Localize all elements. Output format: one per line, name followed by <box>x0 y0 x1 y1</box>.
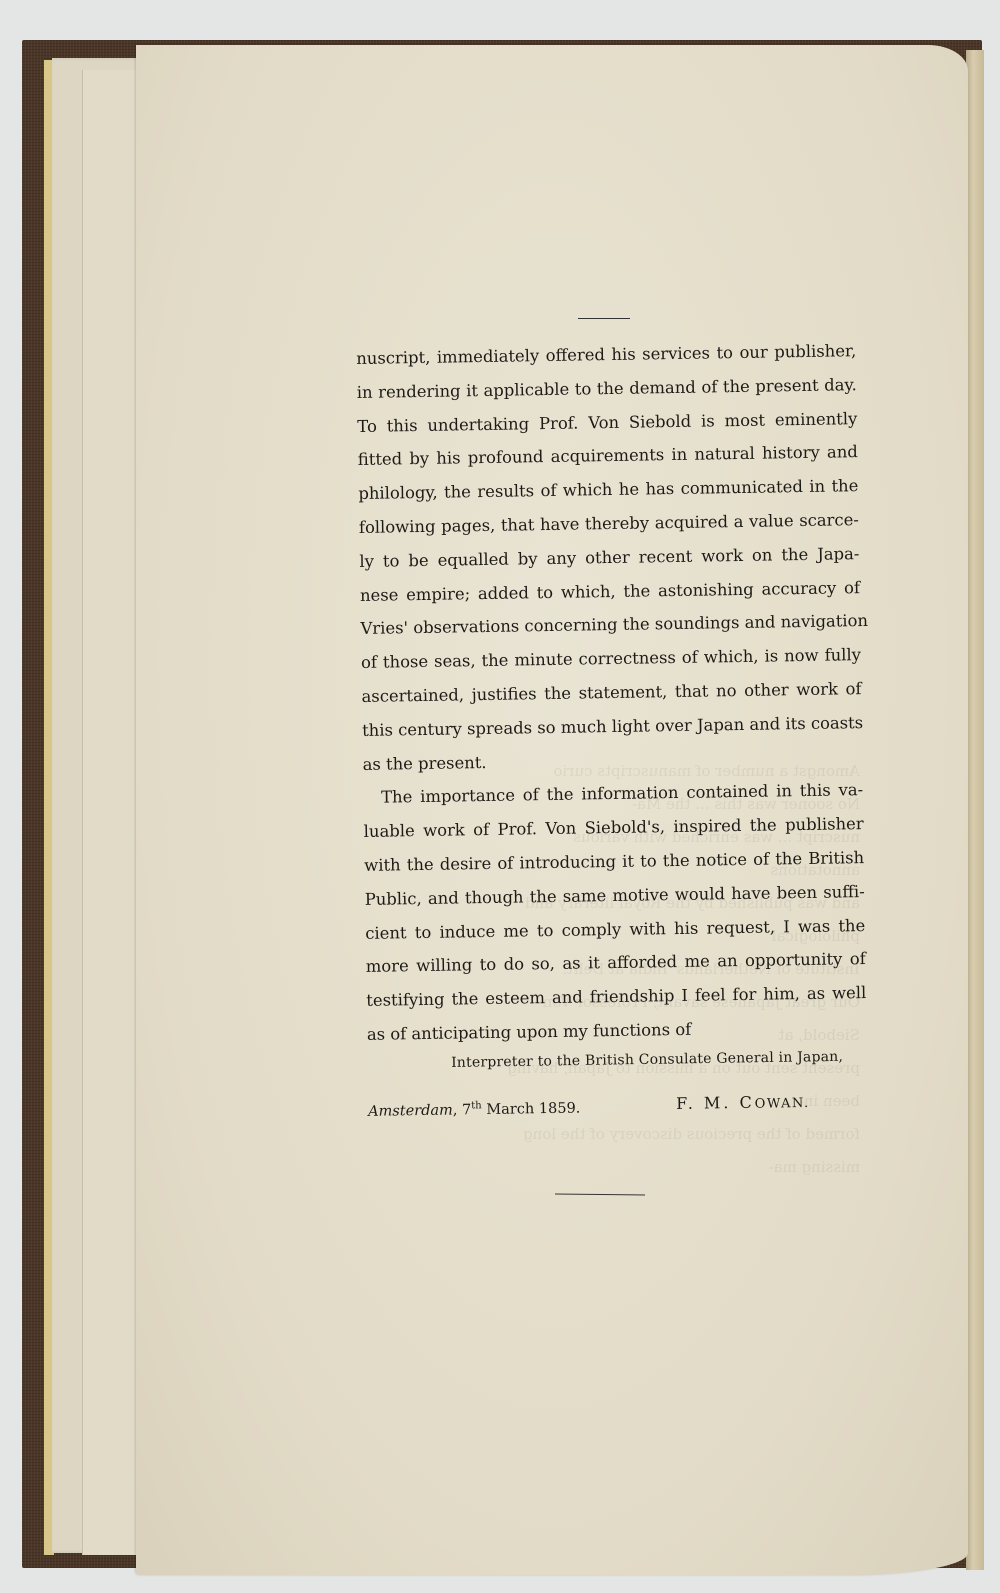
page-stack-edge <box>966 50 984 1570</box>
name-initials: F. M. C <box>676 1093 755 1113</box>
paragraph-1: nuscript, immediately offered his servic… <box>356 334 863 781</box>
date-day: 7 <box>462 1102 471 1118</box>
place-name: Amsterdam <box>368 1102 453 1119</box>
top-divider-rule <box>578 318 630 319</box>
paragraph-2: The importance of the information contai… <box>363 773 867 1051</box>
date-rest: March 1859. <box>486 1100 580 1117</box>
signature-name: F. M. COWAN. <box>676 1092 810 1113</box>
signature-place-date: Amsterdam, 7th March 1859. <box>368 1099 580 1120</box>
body-text: nuscript, immediately offered his servic… <box>356 334 867 1052</box>
date-suffix: th <box>471 1100 482 1111</box>
name-smallcaps: OWAN. <box>755 1096 810 1112</box>
comma: , <box>453 1102 462 1118</box>
